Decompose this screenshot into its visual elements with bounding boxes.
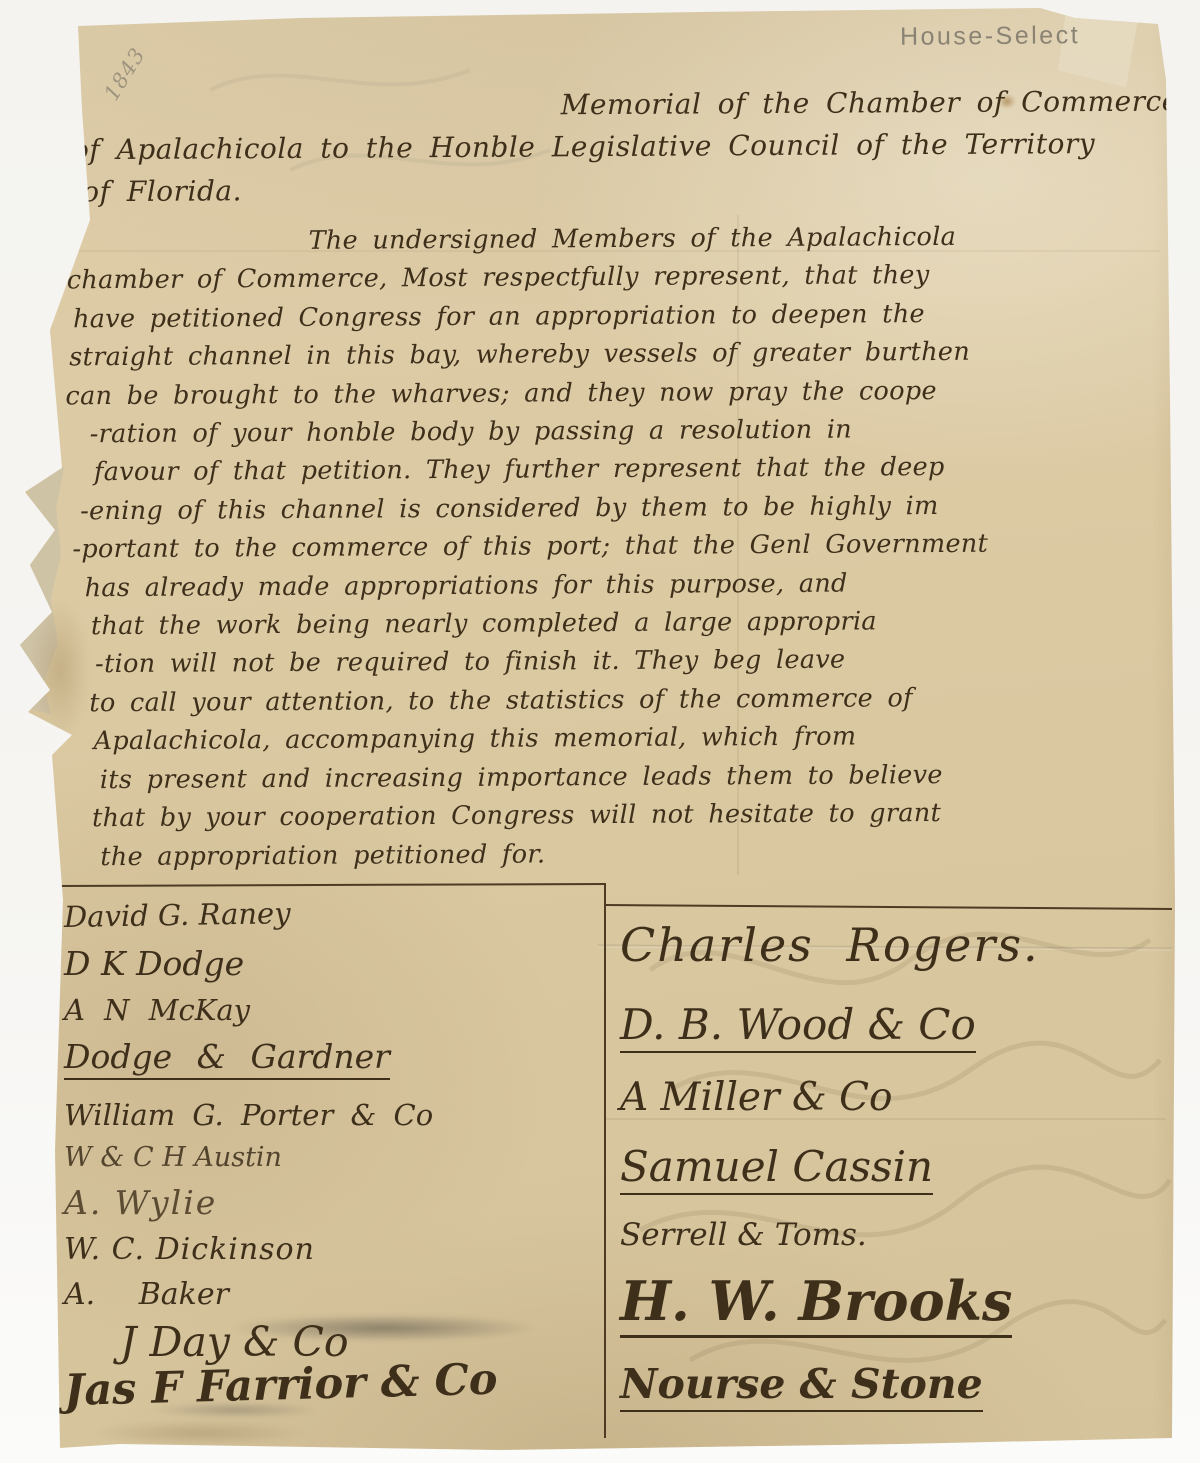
scan-background: House-Select 1843 Memorial of the Chambe… bbox=[0, 0, 1200, 1463]
signature: Serrell & Toms. bbox=[620, 1217, 867, 1253]
signature: H. W. Brooks bbox=[620, 1269, 1012, 1338]
signature: David G. Raney bbox=[64, 896, 291, 934]
title-line: Memorial of the Chamber of Commerce bbox=[561, 81, 1166, 127]
body-line: straight channel in this bay, whereby ve… bbox=[69, 332, 1167, 377]
body-line: its present and increasing importance le… bbox=[100, 754, 1170, 799]
body-line: favour of that petition. They further re… bbox=[94, 447, 1168, 492]
signature: William G. Porter & Co bbox=[64, 1098, 433, 1132]
title-line: of Apalachicola to the Honble Legislativ… bbox=[72, 123, 1166, 172]
signature: A. Baker bbox=[64, 1277, 229, 1312]
signature: A N McKay bbox=[64, 993, 250, 1027]
divider-line-left bbox=[46, 883, 606, 887]
body-line: that the work being nearly completed a l… bbox=[91, 601, 1169, 646]
body-line: -ration of your honble body by passing a… bbox=[90, 409, 1168, 454]
body-line: that by your cooperation Congress will n… bbox=[92, 793, 1170, 838]
signature: A. Wylie bbox=[64, 1183, 217, 1222]
signature: Charles Rogers. bbox=[620, 918, 1040, 972]
signature-section: David G. RaneyD K DodgeA N McKayDodge & … bbox=[0, 884, 1200, 1444]
signature: Samuel Cassin bbox=[620, 1142, 933, 1195]
signature: A Miller & Co bbox=[620, 1075, 892, 1120]
document-page: House-Select 1843 Memorial of the Chambe… bbox=[0, 0, 1200, 1463]
body-line: the appropriation petitioned for. bbox=[100, 831, 1170, 876]
body-line: -ening of this channel is considered by … bbox=[80, 485, 1168, 530]
archival-pencil-note: House-Select bbox=[900, 21, 1080, 52]
body-line: has already made appropriations for this… bbox=[85, 562, 1169, 607]
signature: W. C. Dickinson bbox=[64, 1232, 315, 1267]
body-line: can be brought to the wharves; and they … bbox=[65, 370, 1167, 415]
signature: D. B. Wood & Co bbox=[620, 1000, 976, 1053]
body-line: -portant to the commerce of this port; t… bbox=[72, 524, 1168, 569]
signature-column-right: Charles Rogers.D. B. Wood & CoA Miller &… bbox=[620, 918, 1180, 1412]
body-line: Apalachicola, accompanying this memorial… bbox=[93, 716, 1169, 761]
signature: D K Dodge bbox=[64, 944, 244, 983]
body-line: to call your attention, to the statistic… bbox=[89, 677, 1169, 722]
signature: Dodge & Gardner bbox=[64, 1037, 390, 1080]
signature: Nourse & Stone bbox=[620, 1360, 983, 1412]
column-divider-line bbox=[604, 884, 606, 1438]
memorial-text-block: Memorial of the Chamber of Commerceof Ap… bbox=[56, 81, 1171, 877]
signature: Jas F Farrior & Co bbox=[63, 1355, 498, 1416]
signature-column-left: David G. RaneyD K DodgeA N McKayDodge & … bbox=[64, 900, 584, 1416]
torn-edge-fragment bbox=[12, 455, 65, 714]
body-line: chamber of Commerce, Most respectfully r… bbox=[67, 255, 1167, 300]
body-line: have petitioned Congress for an appropri… bbox=[73, 293, 1167, 338]
title-line: of Florida. bbox=[82, 165, 1166, 214]
memorial-body: The undersigned Members of the Apalachic… bbox=[56, 217, 1170, 877]
document-title: Memorial of the Chamber of Commerceof Ap… bbox=[56, 81, 1167, 214]
divider-line-right bbox=[606, 904, 1172, 910]
signature: W & C H Austin bbox=[64, 1142, 282, 1173]
body-line: The undersigned Members of the Apalachic… bbox=[308, 217, 1166, 261]
body-line: -tion will not be required to finish it.… bbox=[95, 639, 1169, 684]
